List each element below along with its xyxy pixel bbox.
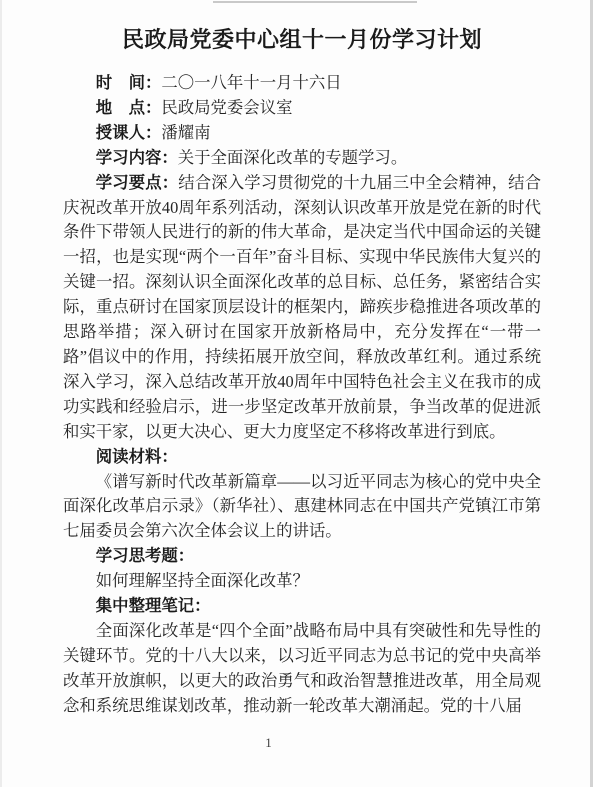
meta-line: 学习内容：关于全面深化改革的专题学习。 — [63, 146, 541, 171]
field-value: 民政局党委会议室 — [161, 98, 292, 117]
field-label: 授课人： — [96, 124, 162, 142]
body-paragraph: 如何理解坚持全面深化改革？ — [63, 569, 541, 594]
field-label: 学习思考题： — [96, 547, 194, 565]
field-value: 结合深入学习贯彻党的十九届三中全会精神，结合庆祝改革开放40周年系列活动，深刻认… — [63, 173, 541, 441]
section-heading: 集中整理笔记： — [63, 594, 541, 619]
section-heading: 学习思考题： — [63, 544, 541, 569]
body-paragraph: 全面深化改革是“四个全面”战略布局中具有突破性和先导性的关键环节。党的十八大以来… — [63, 619, 541, 719]
meta-line: 时 间：二〇一八年十一月十六日 — [63, 71, 541, 96]
page-content: 民政局党委中心组十一月份学习计划 时 间：二〇一八年十一月十六日地 点：民政局党… — [63, 0, 541, 719]
field-label: 集中整理笔记： — [96, 597, 211, 615]
field-label: 地 点： — [96, 99, 162, 117]
paragraph-text: 《谱写新时代改革新篇章——以习近平同志为核心的党中央全面深化改革启示录》（新华社… — [63, 472, 541, 541]
field-label: 时 间： — [96, 74, 162, 92]
field-label: 阅读材料： — [96, 448, 178, 466]
field-value: 潘耀南 — [161, 123, 210, 142]
document-page: { "doc": { "title": "民政局党委中心组十一月份学习计划", … — [0, 0, 593, 787]
field-label: 学习要点： — [96, 174, 178, 192]
body-paragraph: 《谱写新时代改革新篇章——以习近平同志为核心的党中央全面深化改革启示录》（新华社… — [63, 470, 541, 545]
field-value: 关于全面深化改革的专题学习。 — [178, 148, 407, 167]
paragraph-text: 如何理解坚持全面深化改革？ — [96, 571, 309, 590]
meta-line: 授课人：潘耀南 — [63, 121, 541, 146]
field-label: 学习内容： — [96, 149, 178, 167]
document-title: 民政局党委中心组十一月份学习计划 — [63, 25, 541, 55]
doc-body: 时 间：二〇一八年十一月十六日地 点：民政局党委会议室授课人：潘耀南学习内容：关… — [63, 71, 541, 719]
paragraph-text: 全面深化改革是“四个全面”战略布局中具有突破性和先导性的关键环节。党的十八大以来… — [63, 621, 541, 715]
meta-line: 地 点：民政局党委会议室 — [63, 96, 541, 121]
section-heading: 阅读材料： — [63, 445, 541, 470]
page-number: 1 — [30, 735, 507, 751]
left-page-edge — [0, 0, 2, 787]
meta-line: 学习要点：结合深入学习贯彻党的十九届三中全会精神，结合庆祝改革开放40周年系列活… — [63, 171, 541, 445]
field-value: 二〇一八年十一月十六日 — [161, 73, 341, 92]
